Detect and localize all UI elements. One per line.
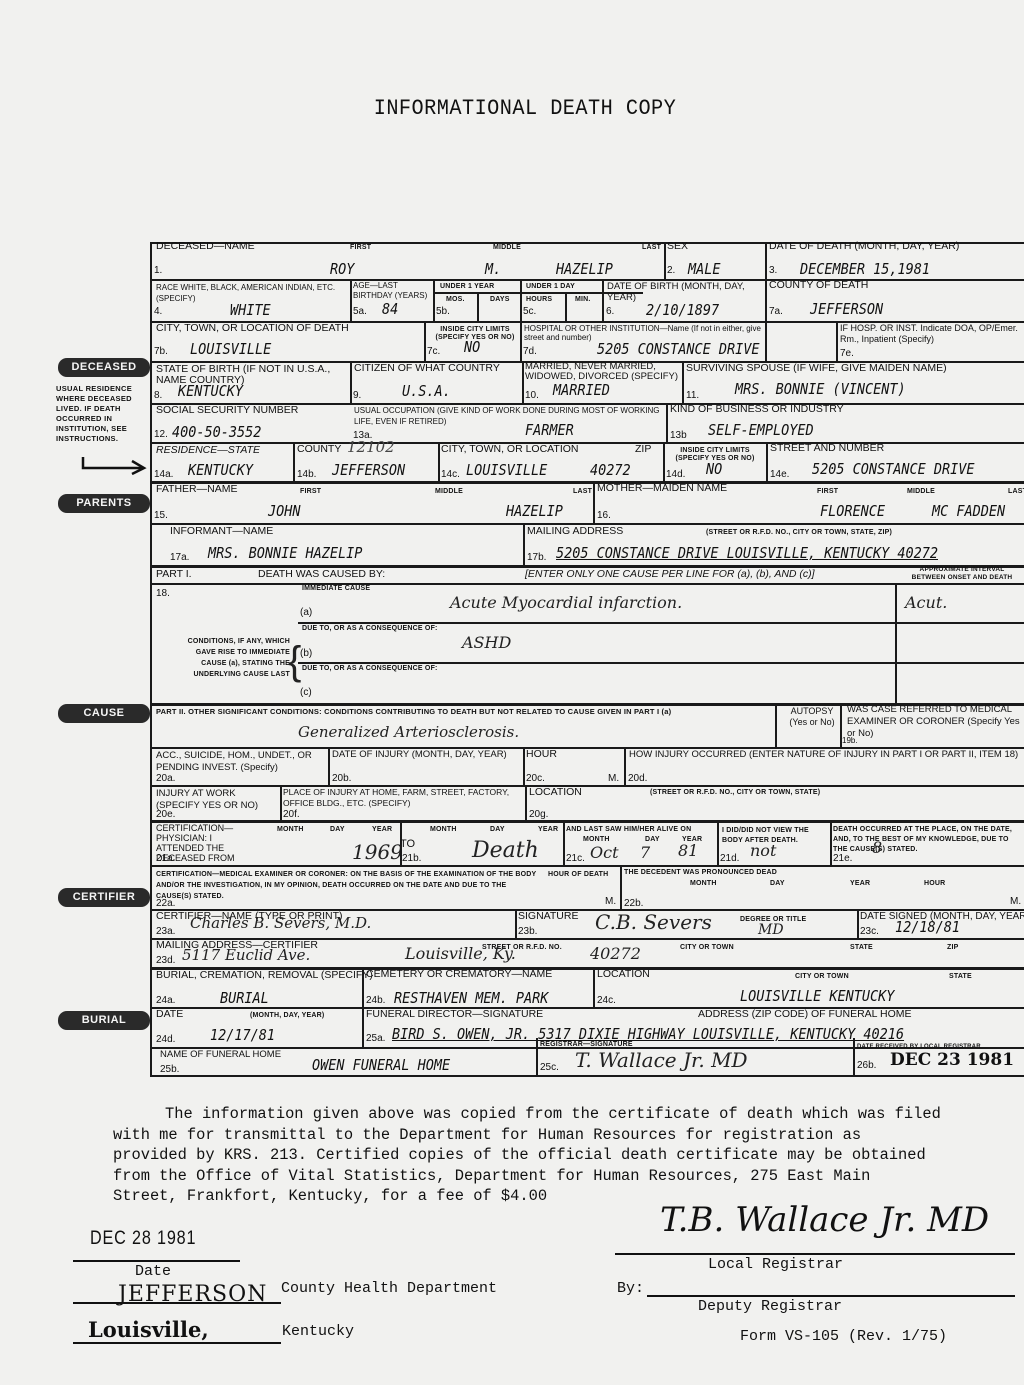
label-pronounced-dead: THE DECEDENT WAS PRONOUNCED DEAD	[624, 869, 777, 877]
label-mos: MOS.	[446, 296, 465, 304]
field-hospital: 5205 CONSTANCE DRIVE	[597, 340, 760, 358]
item-number: 20f.	[283, 809, 300, 820]
label-day: DAY	[770, 880, 785, 888]
field-burial-method: BURIAL	[220, 989, 269, 1007]
field-certifier-zip: 40272	[590, 944, 641, 963]
label-date-hint: (MONTH, DAY, YEAR)	[250, 1012, 324, 1020]
label-date-of-death: DATE OF DEATH (MONTH, DAY, YEAR)	[769, 241, 959, 252]
item-number: 17a.	[170, 552, 189, 563]
item-number: 1.	[154, 265, 162, 276]
label-death-caused-by: DEATH WAS CAUSED BY:	[258, 569, 385, 580]
field-father-last: HAZELIP	[506, 502, 563, 520]
field-father-first: JOHN	[268, 502, 301, 520]
item-number: 4.	[154, 306, 162, 317]
item-number: 13b	[670, 430, 687, 441]
section-tab-deceased: DECEASED	[58, 358, 150, 377]
label-date-of-birth: DATE OF BIRTH (MONTH, DAY, YEAR)	[607, 281, 767, 303]
field-attended-from-year: 1969	[352, 840, 403, 864]
item-number: 19b.	[842, 736, 858, 745]
field-attended-to: Death	[472, 838, 539, 863]
field-cause-a: Acute Myocardial infarction.	[450, 593, 682, 612]
item-letter: (a)	[300, 607, 312, 618]
county-underline	[73, 1302, 281, 1304]
label-first: FIRST	[817, 488, 838, 496]
item-number: 20g.	[529, 809, 548, 820]
field-sex: MALE	[688, 260, 721, 278]
document-title: INFORMATIONAL DEATH COPY	[42, 96, 1008, 121]
section-tab-certifier: CERTIFIER	[58, 888, 150, 907]
item-number: 21b.	[402, 853, 421, 864]
label-due-to: DUE TO, OR AS A CONSEQUENCE OF:	[302, 625, 438, 633]
label-month: MONTH	[430, 826, 457, 834]
item-number: 7b.	[154, 346, 168, 357]
label-funeral-address: ADDRESS (ZIP CODE) OF FUNERAL HOME	[698, 1009, 912, 1020]
item-number: 7c.	[427, 346, 440, 357]
label-street-number: STREET AND NUMBER	[770, 443, 884, 454]
label-min: MIN.	[575, 296, 591, 304]
item-number: 17b.	[527, 552, 546, 563]
item-number: 25c.	[540, 1062, 559, 1073]
label-last: LAST	[642, 244, 661, 252]
label-days: DAYS	[490, 296, 510, 304]
label-last: LAST	[1008, 488, 1024, 496]
label-day: DAY	[330, 826, 345, 834]
label-city-town: CITY, TOWN, OR LOCATION	[441, 444, 579, 455]
label-how-injury: HOW INJURY OCCURRED (ENTER NATURE OF INJ…	[629, 749, 1018, 760]
local-registrar-signature: T.B. Wallace Jr. MD	[660, 1200, 989, 1240]
label-county-of-death: COUNTY OF DEATH	[769, 280, 868, 291]
item-number: 23d.	[156, 955, 175, 966]
form-number: Form VS-105 (Rev. 1/75)	[740, 1328, 947, 1345]
label-location: LOCATION	[529, 787, 582, 798]
field-residence-city: LOUISVILLE	[466, 461, 547, 479]
label-state: STATE	[949, 973, 972, 981]
field-did-view: not	[750, 841, 776, 860]
field-date-of-birth: 2/10/1897	[646, 301, 719, 319]
registrar-signature-line	[615, 1253, 1015, 1255]
label-city-of-death: CITY, TOWN, OR LOCATION OF DEATH	[156, 323, 349, 334]
field-mother-first: FLORENCE	[820, 502, 885, 520]
label-state: STATE	[850, 944, 873, 952]
label-usual-occupation: USUAL OCCUPATION (GIVE KIND OF WORK DONE…	[354, 405, 664, 427]
label-date-of-injury: DATE OF INJURY (MONTH, DAY, YEAR)	[332, 749, 507, 760]
label-zip: ZIP	[635, 444, 651, 455]
field-marital-status: MARRIED	[553, 381, 610, 399]
item-number: 7a.	[769, 306, 783, 317]
label-middle: MIDDLE	[907, 488, 935, 496]
label-surviving-spouse: SURVIVING SPOUSE (IF WIFE, GIVE MAIDEN N…	[686, 363, 947, 374]
field-certifier-street: 5117 Euclid Ave.	[182, 946, 310, 964]
date-received-stamp: DEC 23 1981	[890, 1050, 1014, 1070]
field-certifier-name: Charles B. Severs, M.D.	[190, 914, 371, 932]
section-tab-cause: CAUSE	[58, 704, 150, 723]
label-month: MONTH	[277, 826, 304, 834]
label-day: DAY	[490, 826, 505, 834]
label-burial-method: BURIAL, CREMATION, REMOVAL (SPECIFY)	[156, 970, 373, 981]
label-married: MARRIED, NEVER MARRIED, WIDOWED, DIVORCE…	[525, 362, 695, 382]
field-first-name: ROY	[330, 260, 354, 278]
label-informant-name: INFORMANT—NAME	[170, 526, 273, 537]
field-informant: MRS. BONNIE HAZELIP	[208, 544, 362, 562]
stamp-date: DEC 28 1981	[90, 1228, 196, 1250]
label-business: KIND OF BUSINESS OR INDUSTRY	[670, 404, 844, 415]
label-cemetery: CEMETERY OR CREMATORY—NAME	[366, 969, 552, 980]
item-number: 3.	[769, 265, 777, 276]
label-autopsy: AUTOPSY (Yes or No)	[782, 706, 842, 728]
label-signature: SIGNATURE	[518, 911, 578, 922]
label-enter-only-one: [ENTER ONLY ONE CAUSE PER LINE FOR (a), …	[525, 569, 815, 580]
label-hours: HOURS	[526, 296, 552, 304]
field-cause-a-interval: Acut.	[905, 593, 947, 612]
item-number: 25a.	[366, 1033, 385, 1044]
label-due-to: DUE TO, OR AS A CONSEQUENCE OF:	[302, 665, 438, 673]
field-last-seen-month: Oct	[590, 843, 619, 862]
item-number: 11.	[686, 390, 699, 401]
item-number: 20a.	[156, 773, 175, 784]
county-health-label: County Health Department	[281, 1280, 497, 1297]
label-deceased-name: DECEASED—NAME	[156, 241, 255, 252]
label-last-saw: AND LAST SAW HIM/HER ALIVE ON	[566, 826, 691, 834]
item-number: 14a.	[154, 469, 173, 480]
meridiem-label: M.	[605, 896, 616, 907]
certifier-signature: C.B. Severs	[595, 910, 712, 934]
meridiem-label: M.	[1010, 896, 1021, 907]
label-location-burial: LOCATION	[597, 969, 650, 980]
item-number: 5a.	[353, 306, 367, 317]
field-last-seen-year: 81	[678, 841, 698, 860]
field-burial-date: 12/17/81	[210, 1026, 275, 1044]
item-number: 12.	[154, 429, 168, 440]
label-acc-suicide: ACC., SUICIDE, HOM., UNDET., OR PENDING …	[156, 750, 326, 774]
item-number: 21d.	[720, 853, 739, 864]
item-number: 20b.	[332, 773, 351, 784]
field-part2-conditions: Generalized Arteriosclerosis.	[298, 723, 519, 741]
label-hour: HOUR	[526, 749, 557, 760]
label-mother-name: MOTHER—MAIDEN NAME	[597, 483, 727, 494]
label-under-1-day: UNDER 1 DAY	[526, 283, 575, 291]
item-number: 18.	[156, 588, 170, 599]
label-ssn: SOCIAL SECURITY NUMBER	[156, 405, 298, 416]
field-race: WHITE	[230, 301, 271, 319]
county-code-annotation: 12102	[347, 438, 395, 456]
label-city-or-town: CITY OR TOWN	[680, 944, 734, 952]
item-number: 23c.	[860, 926, 879, 937]
label-death-occurred: DEATH OCCURRED AT THE PLACE, ON THE DATE…	[833, 825, 1024, 855]
label-residence-state: RESIDENCE—STATE	[156, 445, 260, 456]
label-approx-interval: APPROXIMATE INTERVAL BETWEEN ONSET AND D…	[902, 566, 1022, 582]
item-number: 23a.	[156, 926, 175, 937]
label-citizen: CITIZEN OF WHAT COUNTRY	[354, 363, 500, 374]
label-middle: MIDDLE	[435, 488, 463, 496]
field-residence-zip: 40272	[590, 461, 631, 479]
item-number: 14e.	[770, 469, 789, 480]
label-date: DATE	[156, 1009, 183, 1020]
label-immediate-cause: IMMEDIATE CAUSE	[302, 585, 370, 593]
item-number: 9.	[353, 390, 361, 401]
field-residence-street: 5205 CONSTANCE DRIVE	[812, 460, 975, 478]
deputy-registrar-label: Deputy Registrar	[698, 1298, 842, 1315]
residence-side-note: USUAL RESIDENCE WHERE DECEASED LIVED. IF…	[56, 384, 146, 444]
label-part1: PART I.	[156, 569, 192, 580]
label-hour-of-death: HOUR OF DEATH	[548, 871, 608, 879]
field-funeral-director: BIRD S. OWEN, JR. 5317 DIXIE HIGHWAY LOU…	[392, 1025, 904, 1043]
label-if-hosp: IF HOSP. OR INST. Indicate DOA, OP/Emer.…	[840, 323, 1024, 345]
label-place-of-injury: PLACE OF INJURY AT HOME, FARM, STREET, F…	[283, 787, 528, 809]
brace-icon: {	[288, 636, 301, 686]
item-letter: (c)	[300, 687, 312, 698]
label-year: YEAR	[538, 826, 558, 834]
label-mailing-address: MAILING ADDRESS	[527, 526, 623, 537]
label-age: AGE—LAST BIRTHDAY (YEARS)	[353, 281, 433, 301]
field-surviving-spouse: MRS. BONNIE (VINCENT)	[735, 380, 906, 398]
field-citizen: U.S.A.	[402, 382, 451, 400]
label-zip: ZIP	[947, 944, 959, 952]
label-hour: HOUR	[924, 880, 945, 888]
field-mother-last: MC FADDEN	[932, 502, 1005, 520]
field-last-name: HAZELIP	[556, 260, 613, 278]
item-number: 24d.	[156, 1034, 175, 1045]
label-referred: WAS CASE REFERRED TO MEDICAL EXAMINER OR…	[847, 704, 1024, 740]
label-conditions: CONDITIONS, IF ANY, WHICH GAVE RISE TO I…	[170, 636, 290, 680]
item-number: 24a.	[156, 995, 175, 1006]
item-number: 25b.	[160, 1064, 179, 1075]
field-date-of-death: DECEMBER 15,1981	[800, 260, 930, 278]
item-number: 20c.	[526, 773, 545, 784]
item-number: 2.	[667, 265, 675, 276]
label-first: FIRST	[350, 244, 371, 252]
field-informant-address: 5205 CONSTANCE DRIVE LOUISVILLE, KENTUCK…	[556, 544, 938, 562]
item-number: 6.	[606, 306, 614, 317]
label-cert-me: CERTIFICATION—MEDICAL EXAMINER OR CORONE…	[156, 869, 541, 902]
label-under-1-year: UNDER 1 YEAR	[440, 283, 494, 291]
item-number: 23b.	[518, 926, 537, 937]
city-underline	[73, 1342, 281, 1344]
label-part2: PART II. OTHER SIGNIFICANT CONDITIONS: C…	[156, 708, 671, 716]
label-month: MONTH	[690, 880, 717, 888]
item-number: 20e.	[156, 809, 175, 820]
label-city-or-town: CITY OR TOWN	[795, 973, 849, 981]
item-number: 14b.	[297, 469, 316, 480]
label-location-hint: (STREET OR R.F.D. NO., CITY OR TOWN, STA…	[650, 789, 820, 797]
label-father-name: FATHER—NAME	[156, 484, 237, 495]
item-number: 22b.	[624, 898, 643, 909]
item-number: 24b.	[366, 995, 385, 1006]
date-label: Date	[135, 1263, 171, 1280]
item-number: 15.	[154, 510, 168, 521]
state-label: Kentucky	[282, 1323, 354, 1340]
label-first: FIRST	[300, 488, 321, 496]
label-funeral-home: NAME OF FUNERAL HOME	[160, 1049, 281, 1060]
label-funeral-director: FUNERAL DIRECTOR—SIGNATURE	[366, 1009, 543, 1020]
item-number: 5c.	[523, 306, 536, 317]
field-funeral-home: OWEN FUNERAL HOME	[312, 1056, 450, 1074]
item-number: 7d.	[523, 346, 537, 357]
item-number: 5b.	[436, 306, 450, 317]
field-last-seen-day: 7	[640, 843, 650, 862]
date-underline	[73, 1260, 240, 1262]
field-city-of-death: LOUISVILLE	[190, 340, 271, 358]
field-business: SELF-EMPLOYED	[708, 421, 814, 439]
field-cause-b: ASHD	[462, 633, 511, 652]
label-county: COUNTY	[297, 444, 341, 455]
item-number: 22a.	[156, 898, 175, 909]
label-year: YEAR	[372, 826, 392, 834]
to-label: TO	[400, 838, 415, 850]
residence-arrow-icon	[80, 455, 150, 475]
label-mailing-hint: (STREET OR R.F.D. NO., CITY OR TOWN, STA…	[706, 529, 892, 537]
label-year: YEAR	[850, 880, 870, 888]
copy-statement: The information given above was copied f…	[113, 1104, 943, 1207]
field-certifier-city: Louisville, Ky.	[405, 944, 516, 963]
field-residence-county: JEFFERSON	[332, 461, 405, 479]
label-sex: SEX	[667, 241, 688, 252]
field-middle-name: M.	[485, 260, 501, 278]
item-number: 20d.	[628, 773, 647, 784]
field-ssn: 400-50-3552	[172, 423, 261, 441]
field-inside-city-limits: NO	[464, 338, 480, 356]
field-burial-location: LOUISVILLE KENTUCKY	[740, 987, 894, 1005]
field-residence-inside-limits: NO	[706, 460, 722, 478]
local-registrar-label: Local Registrar	[708, 1256, 843, 1273]
field-hour-of-death: 8	[872, 838, 882, 857]
label-last: LAST	[573, 488, 592, 496]
item-letter: (b)	[300, 648, 312, 659]
death-certificate-form: DECEASED—NAME FIRST MIDDLE LAST 1. ROY M…	[150, 238, 1024, 1076]
field-county-of-death: JEFFERSON	[810, 300, 883, 318]
item-number: 26b.	[857, 1060, 876, 1071]
item-number: 24c.	[597, 995, 616, 1006]
by-label: By:	[617, 1280, 644, 1297]
item-number: 21a.	[156, 853, 175, 864]
meridiem-label: M.	[608, 773, 619, 784]
item-number: 16.	[597, 510, 611, 521]
item-number: 8.	[154, 390, 162, 401]
item-number: 7e.	[840, 348, 854, 359]
field-date-signed: 12/18/81	[895, 918, 960, 936]
item-number: 14d.	[666, 469, 685, 480]
field-residence-state: KENTUCKY	[188, 461, 253, 479]
field-age: 84	[382, 300, 398, 318]
city-stamp: Louisville,	[88, 1317, 209, 1342]
section-tab-burial: BURIAL	[58, 1011, 150, 1030]
section-tab-parents: PARENTS	[58, 494, 150, 513]
label-middle: MIDDLE	[493, 244, 521, 252]
deputy-signature-line	[647, 1295, 1015, 1297]
item-number: 21e.	[833, 853, 852, 864]
field-degree: MD	[758, 922, 784, 938]
registrar-signature: T. Wallace Jr. MD	[575, 1048, 748, 1072]
field-cemetery: RESTHAVEN MEM. PARK	[394, 989, 548, 1007]
field-occupation: FARMER	[525, 421, 574, 439]
item-number: 14c.	[441, 469, 460, 480]
item-number: 21c.	[566, 853, 585, 864]
item-number: 10.	[525, 390, 539, 401]
field-state-of-birth: KENTUCKY	[178, 382, 243, 400]
